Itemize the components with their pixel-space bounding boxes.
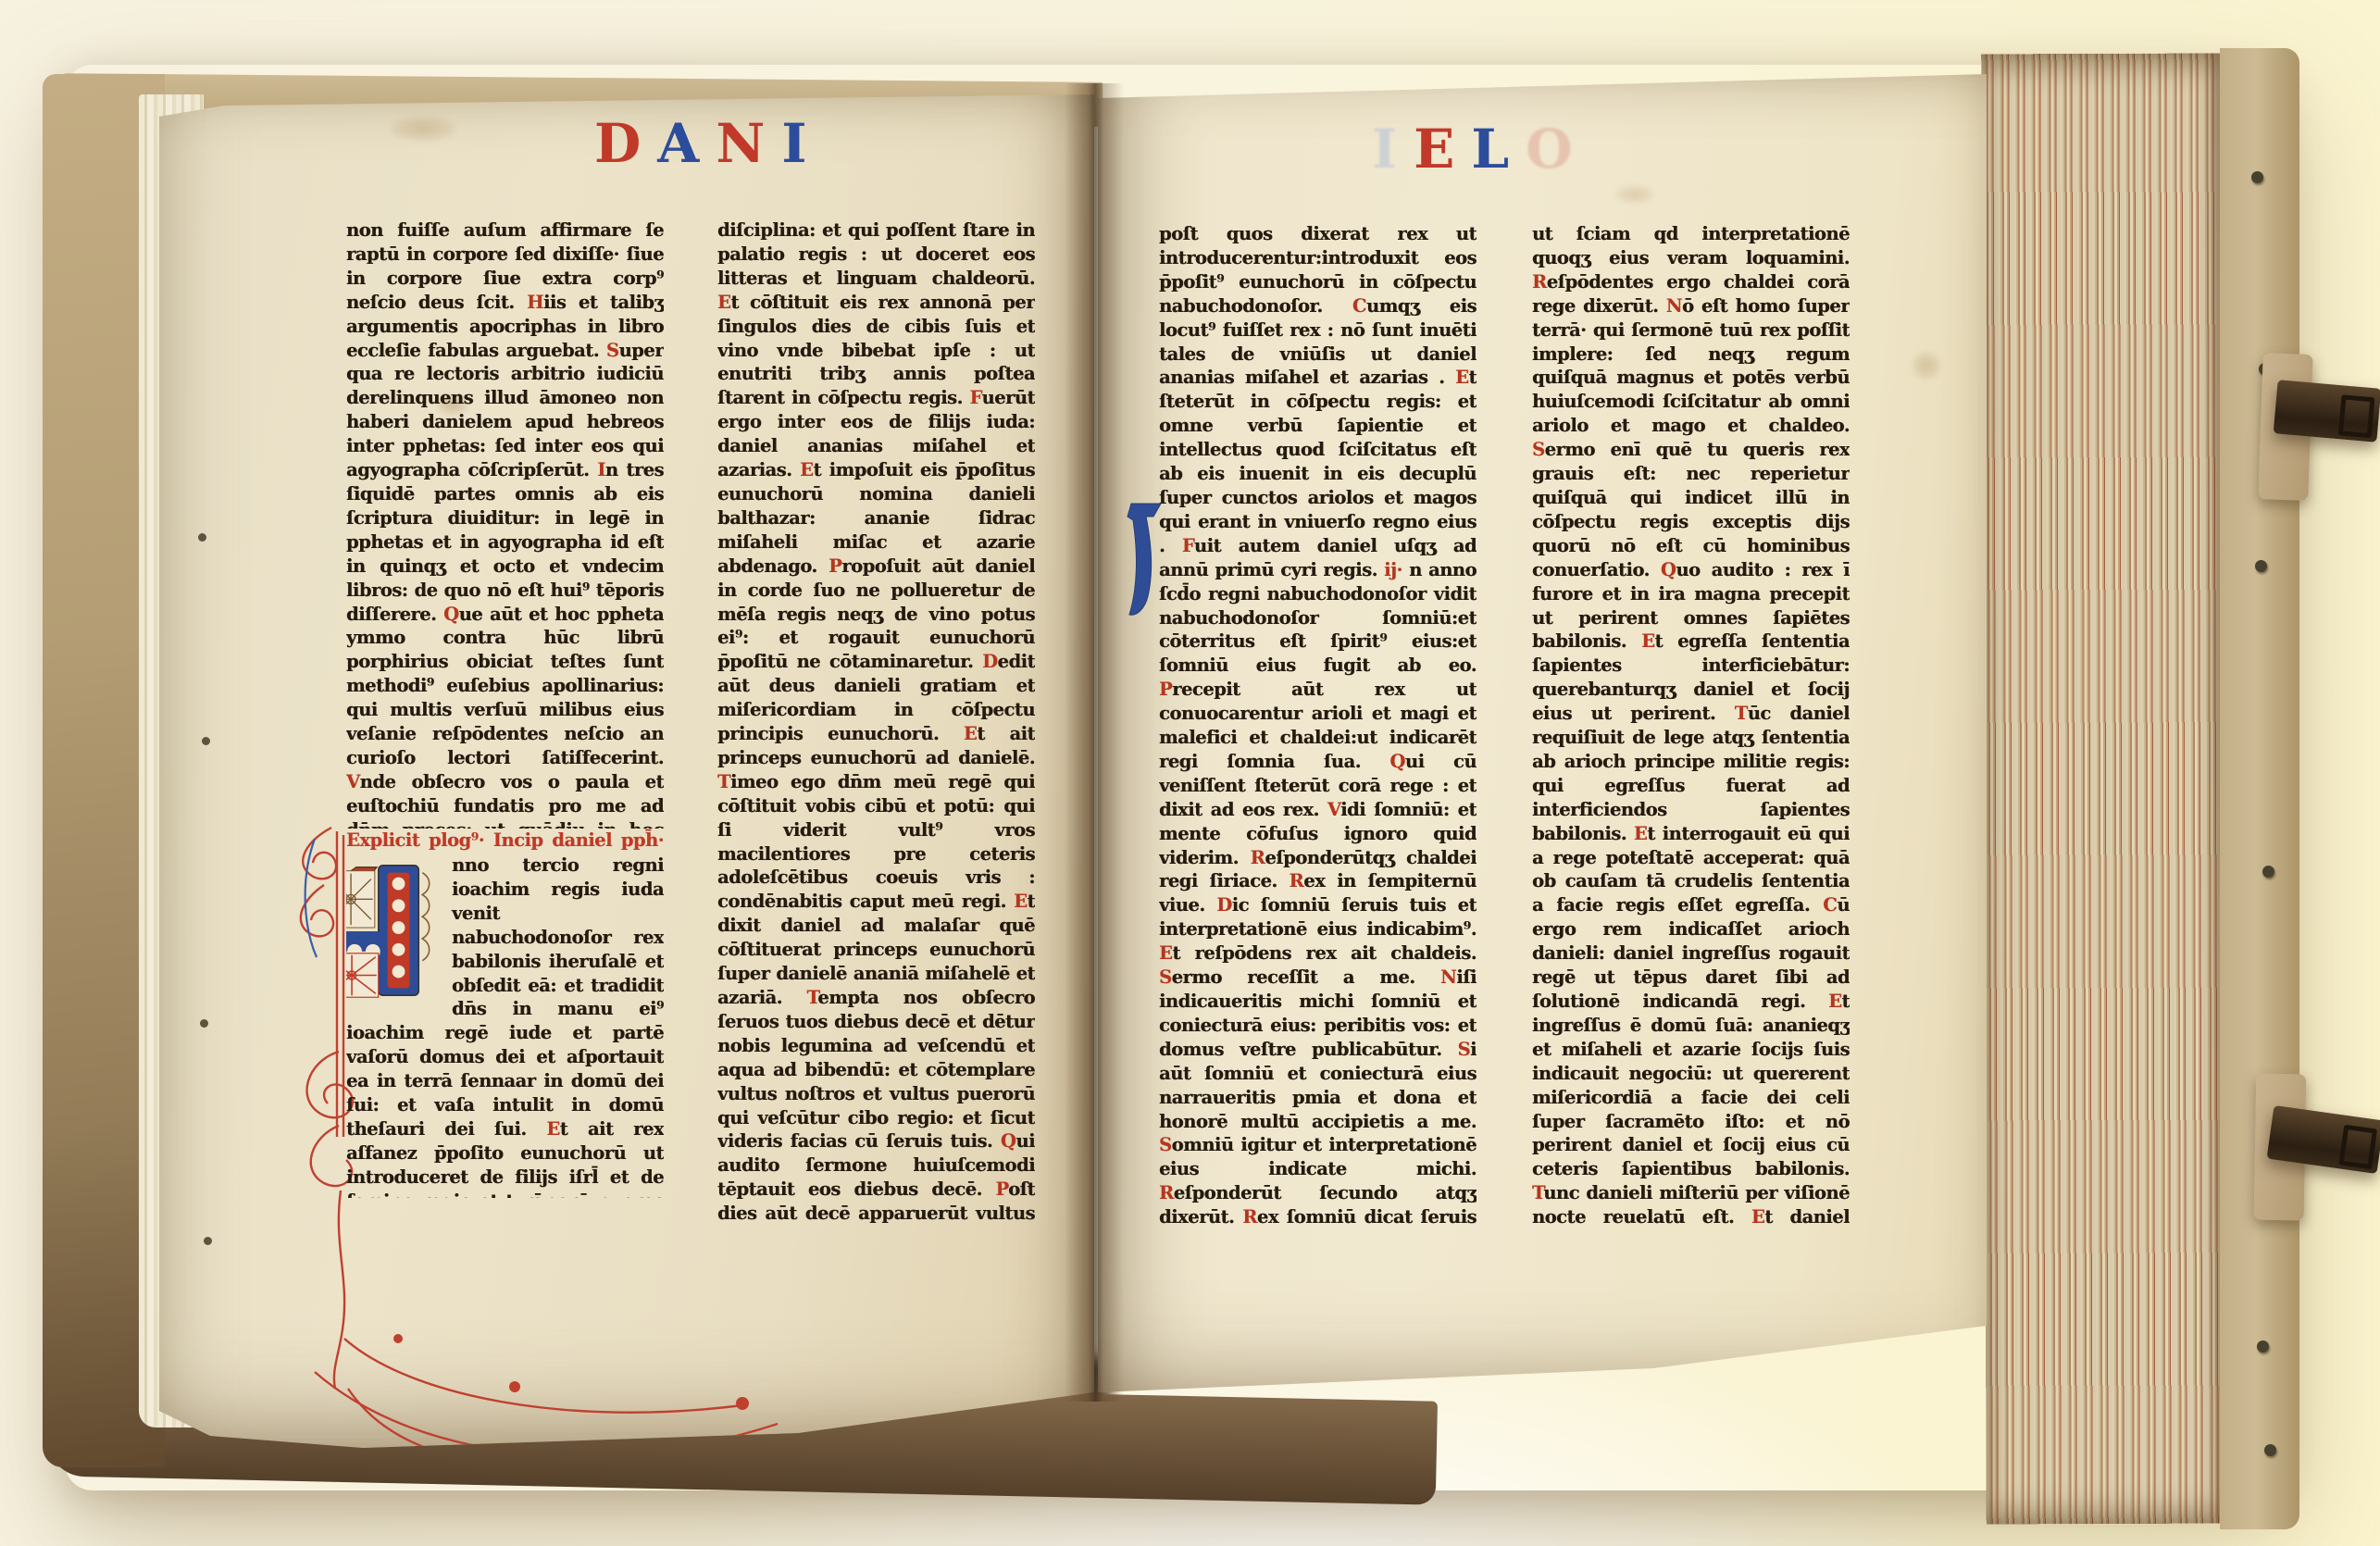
rubricated-capital: S bbox=[1159, 966, 1172, 988]
cover-stud bbox=[2255, 560, 2267, 572]
rubric-line: Explicit plog⁹· Incip daniel pph̄· i· bbox=[346, 829, 664, 854]
text-column-right-2: ut ſciam qd interpretationē quoqʒ eius v… bbox=[1532, 222, 1850, 1228]
cover-stud bbox=[2257, 1340, 2269, 1353]
text-column-right-1: poſt quos dixerat rex ut introducerentur… bbox=[1159, 222, 1477, 1228]
rubricated-capital: E bbox=[1828, 991, 1841, 1012]
rubricated-capital: E bbox=[1455, 367, 1468, 388]
cover-stud bbox=[2262, 866, 2274, 878]
right-page: IELO poſt quos dixerat rex ut introducer… bbox=[1098, 74, 1987, 1396]
illuminated-initial-A bbox=[346, 857, 444, 1005]
rubricated-capital: C bbox=[1352, 295, 1366, 317]
daniel-ch1-opening: nno tercio regni ioachim regis iuda veni… bbox=[346, 854, 664, 1198]
rubricated-capital: F bbox=[969, 387, 981, 408]
rubricated-capital: D bbox=[1216, 894, 1231, 916]
rubricated-capital: R bbox=[1159, 1182, 1174, 1203]
text-column-left-1: non fuiſſe auſum affirmare ſe raptū in c… bbox=[346, 218, 664, 1198]
rubricated-capital: E bbox=[1159, 942, 1172, 964]
text-column-left-2: diſciplina: et qui poſſent ſtare in pala… bbox=[717, 218, 1035, 1224]
rubricated-capital: C bbox=[1823, 894, 1837, 916]
running-head-letter: I bbox=[1372, 118, 1414, 181]
rubricated-capital: N bbox=[1666, 295, 1682, 317]
cover-stud bbox=[2251, 171, 2263, 183]
parchment-stain bbox=[1913, 352, 1940, 380]
rubricated-capital: I bbox=[597, 459, 605, 480]
lombard-initial-I bbox=[1126, 500, 1165, 618]
rubricated-capital: E bbox=[717, 292, 730, 313]
right-cover-edge bbox=[2220, 48, 2299, 1529]
rubricated-capital: S bbox=[1457, 1039, 1470, 1060]
rubricated-capital: T bbox=[1532, 1182, 1543, 1203]
rubricated-capital: Q bbox=[1001, 1130, 1016, 1152]
rubricated-capital: E bbox=[1014, 891, 1027, 912]
rubricated-capital: E bbox=[1751, 1206, 1764, 1228]
fore-edge-page-block bbox=[1981, 54, 2225, 1525]
rubricated-capital: H bbox=[527, 292, 543, 313]
rubricated-capital: E bbox=[546, 1118, 559, 1140]
rubricated-capital: P bbox=[995, 1178, 1008, 1200]
running-head-letter: N bbox=[716, 112, 781, 175]
rubricated-capital: T bbox=[717, 771, 730, 792]
rubricated-capital: R bbox=[1251, 847, 1265, 868]
running-head-letter: O bbox=[1526, 118, 1589, 181]
rubricated-capital: Q bbox=[1661, 559, 1676, 580]
rubricated-capital: E bbox=[964, 723, 977, 744]
rubricated-capital: Q bbox=[1389, 751, 1405, 772]
rubricated-capital: V bbox=[1327, 799, 1340, 820]
rubricated-capital: E bbox=[1634, 823, 1647, 844]
rubricated-capital: R bbox=[1290, 870, 1304, 891]
rubricated-capital: T bbox=[1735, 703, 1748, 724]
running-head-left: DANI bbox=[594, 117, 823, 170]
rubricated-capital: E bbox=[1641, 630, 1654, 652]
rubricated-capital: E bbox=[800, 459, 813, 480]
gutter-shadow bbox=[1065, 83, 1124, 1402]
prologue-text: non fuiſſe auſum affirmare ſe raptū in c… bbox=[346, 218, 664, 829]
rubricated-capital: F bbox=[1182, 535, 1194, 556]
running-head-letter: I bbox=[781, 112, 823, 175]
rubricated-capital: P bbox=[829, 555, 841, 577]
rubricated-capital: ij· bbox=[1384, 559, 1402, 580]
rubricated-capital: Q bbox=[443, 604, 459, 625]
cover-stud bbox=[2264, 1444, 2276, 1456]
running-head-letter: D bbox=[594, 112, 657, 175]
rubricated-capital: T bbox=[807, 987, 818, 1008]
rubricated-capital: V bbox=[346, 771, 360, 792]
running-head-letter: L bbox=[1471, 118, 1526, 181]
rubricated-capital: R bbox=[1532, 271, 1547, 293]
rubricated-capital: S bbox=[1532, 439, 1545, 460]
parchment-stain bbox=[1616, 185, 1653, 204]
rubricated-capital: D bbox=[982, 651, 997, 672]
running-head-right: IELO bbox=[1372, 122, 1589, 176]
photograph-of-open-gutenberg-bible: DANI bbox=[0, 0, 2380, 1546]
rubricated-capital: R bbox=[1242, 1206, 1257, 1228]
parchment-stain bbox=[391, 117, 455, 141]
left-page: DANI bbox=[159, 89, 1094, 1450]
running-head-letter: E bbox=[1414, 118, 1471, 181]
rubricated-capital: P bbox=[1159, 679, 1172, 700]
rubricated-capital: N bbox=[1440, 966, 1456, 988]
running-head-letter: A bbox=[657, 112, 716, 175]
rubricated-capital: S bbox=[606, 340, 619, 361]
rubricated-capital: S bbox=[1159, 1134, 1172, 1155]
top-clasp-strap bbox=[2274, 380, 2380, 443]
